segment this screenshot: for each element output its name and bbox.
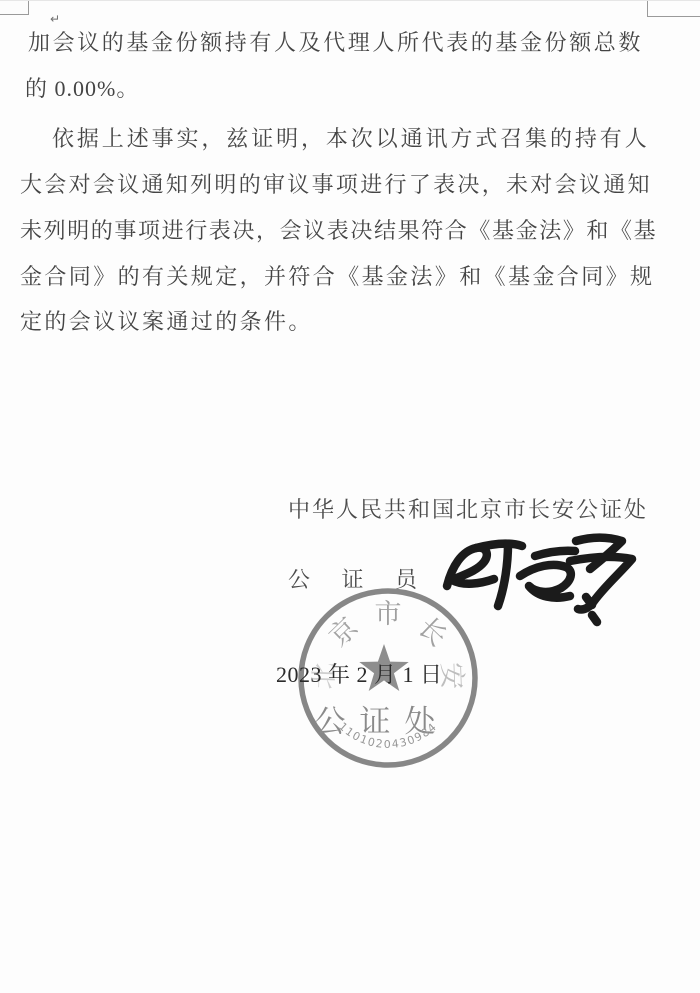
notary-signature: [425, 521, 650, 641]
scan-corner-mark-left: [0, 1, 29, 15]
seal-ring-char: 市: [375, 599, 402, 629]
certificate-date: 2023 年 2 月 1 日: [276, 658, 443, 689]
body-line: 依据上述事实，兹证明，本次以通讯方式召集的持有人: [52, 122, 650, 152]
notary-authority-line: 中华人民共和国北京市长安公证处: [288, 493, 648, 524]
body-line: 未列明的事项进行表决，会议表决结果符合《基金法》和《基: [20, 214, 657, 244]
scan-corner-mark-right: [647, 1, 700, 17]
seal-ring-char: 京: [323, 612, 363, 652]
body-line: 的 0.00%。: [25, 72, 139, 102]
body-line: 定的会议议案通过的条件。: [20, 305, 313, 335]
body-line: 金合同》的有关规定，并符合《基金法》和《基金合同》规: [20, 260, 654, 290]
return-mark-glyph: ↵: [50, 12, 60, 26]
body-line: 大会对会议通知列明的审议事项进行了表决，未对会议通知: [20, 168, 652, 198]
body-line: 加会议的基金份额持有人及代理人所代表的基金份额总数: [28, 26, 643, 56]
document-page: ↵ 加会议的基金份额持有人及代理人所代表的基金份额总数 的 0.00%。 依据上…: [0, 0, 700, 993]
